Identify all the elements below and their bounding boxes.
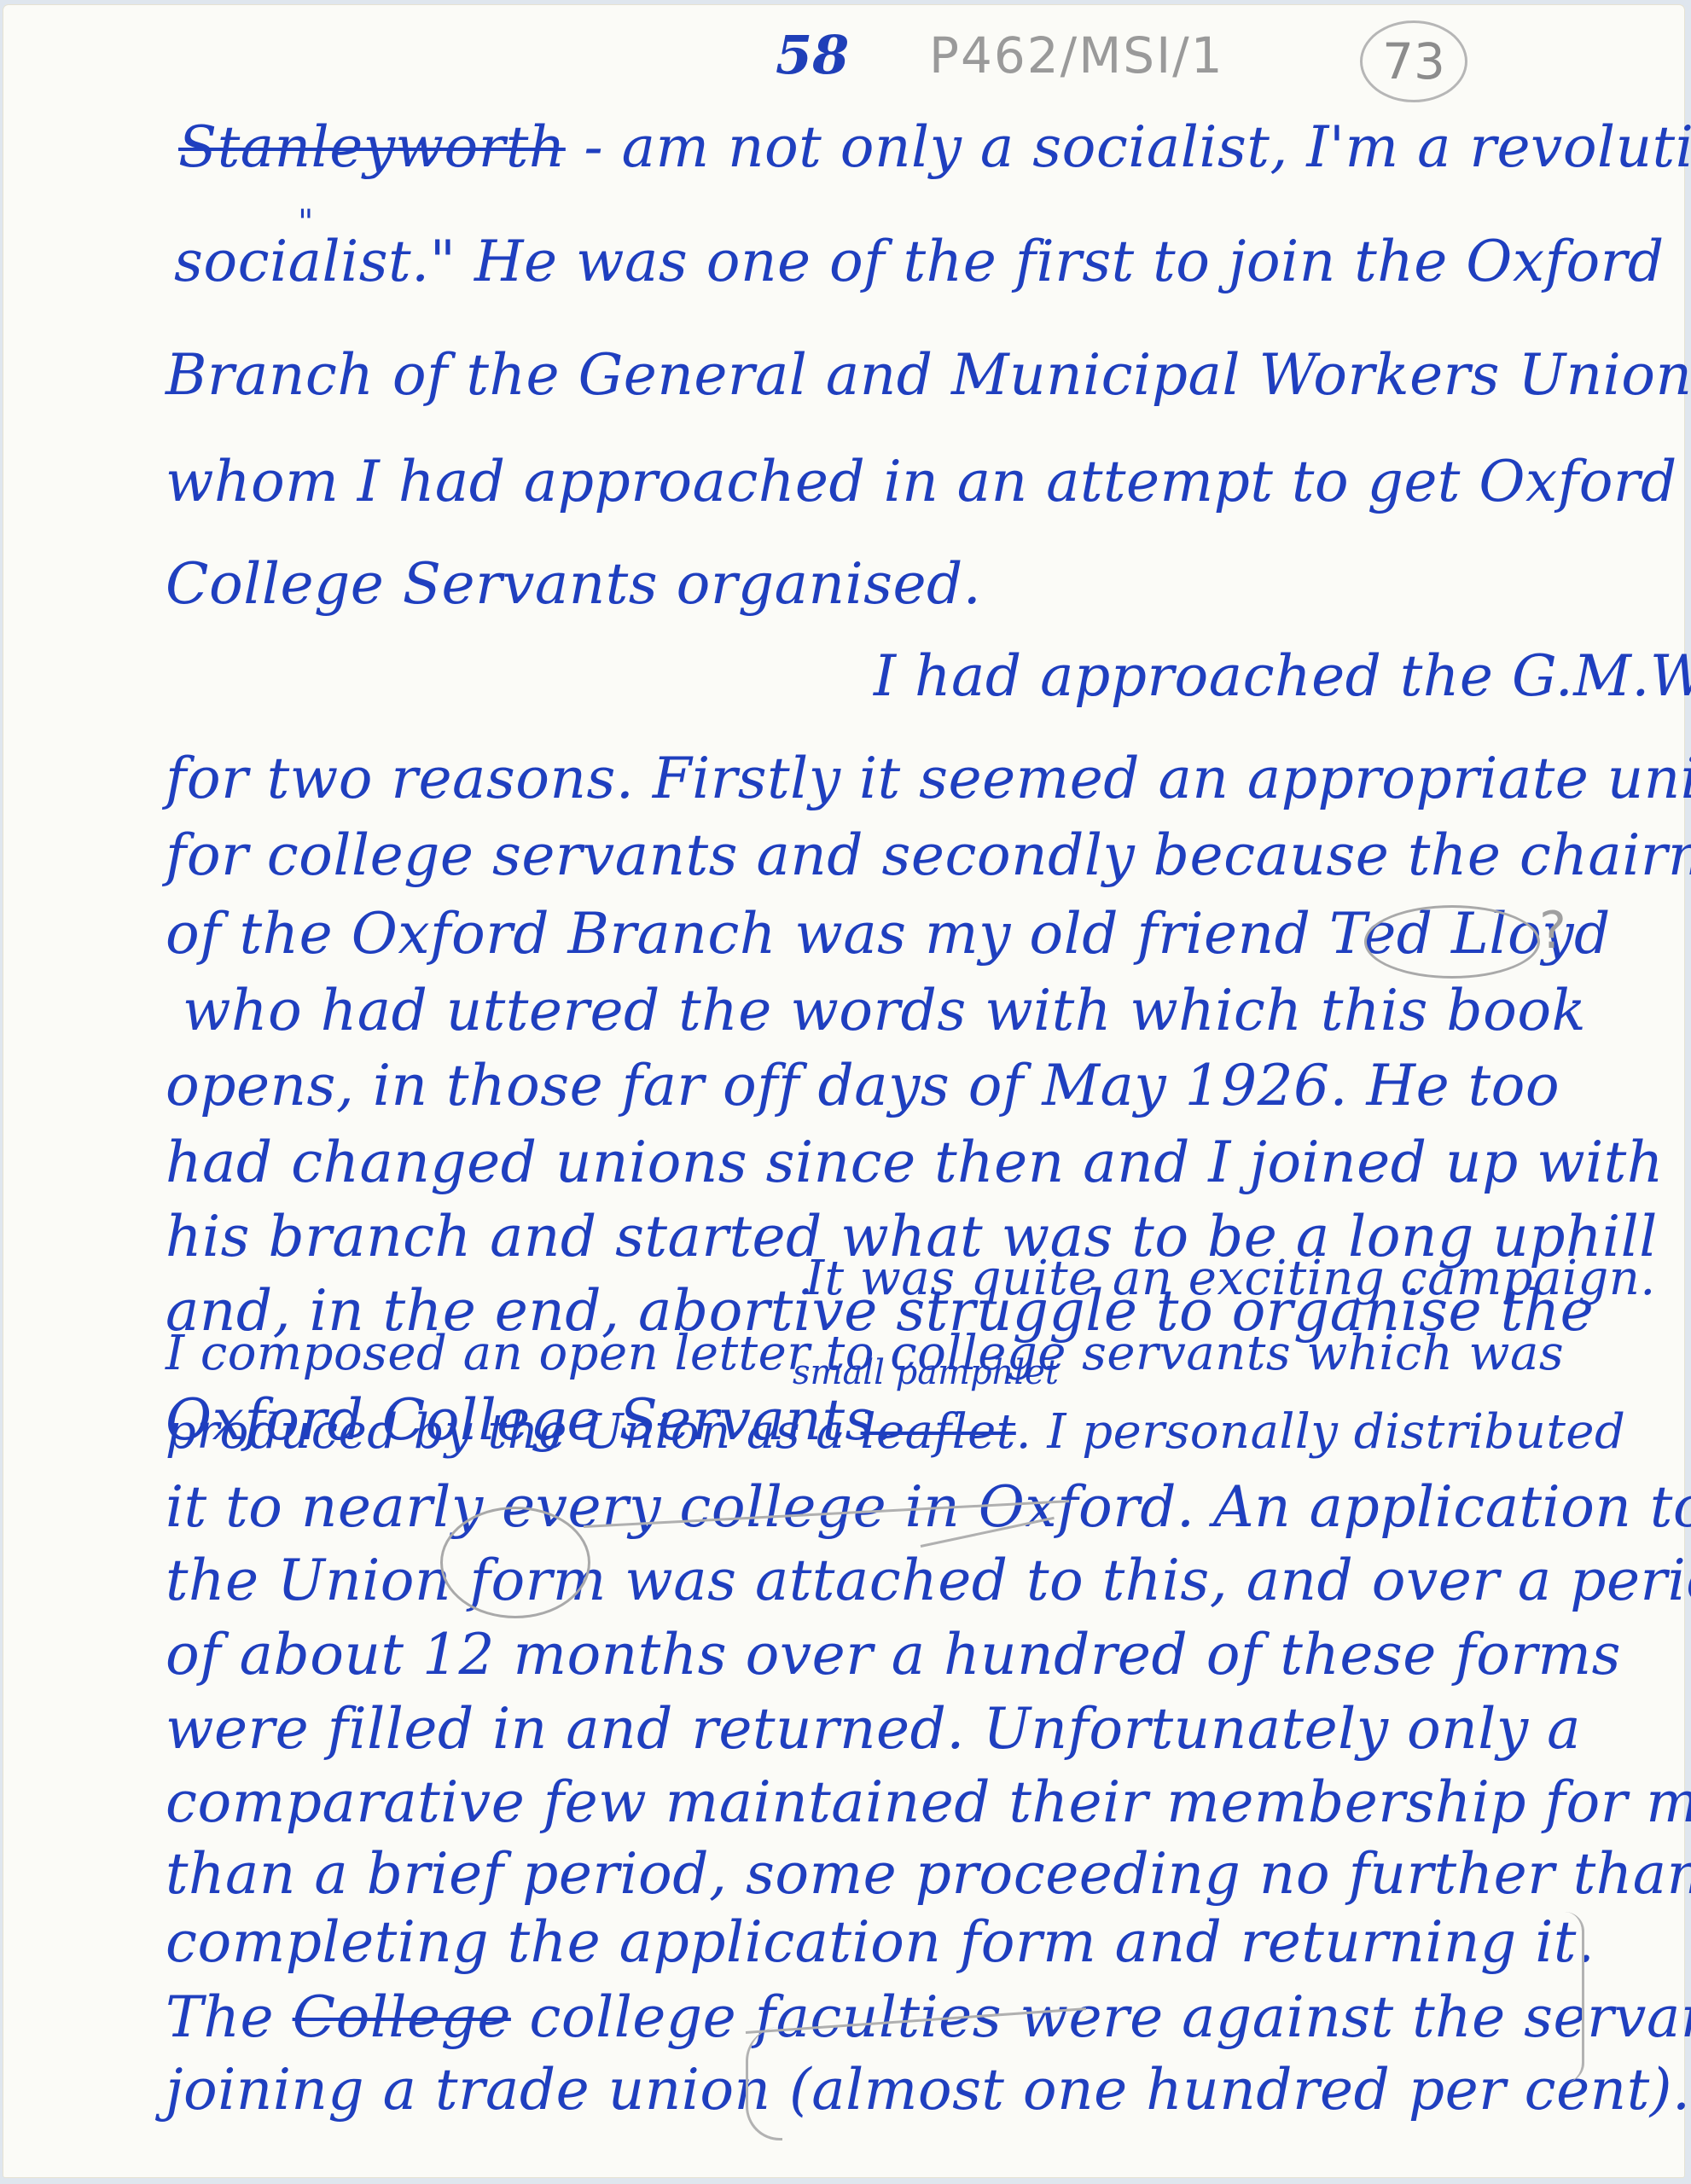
pencil-circle-form	[440, 1507, 590, 1618]
insertion-text: small pamphlet	[793, 1353, 1059, 1392]
text-line-25: completing the application form and retu…	[166, 1909, 1595, 1975]
line-text: The	[166, 1984, 293, 2050]
folio-number-circled: 73	[1360, 20, 1467, 102]
text-line-11: opens, in those far off days of May 1926…	[166, 1053, 1560, 1118]
pencil-circle-lloyd	[1364, 905, 1540, 979]
line-text: - am not only a socialist, I'm a revolut…	[566, 114, 1691, 180]
pencil-close-bracket	[1565, 1912, 1584, 2082]
manuscript-page: 58 P462/MSI/1 73 Stanleyworth - am not o…	[3, 5, 1684, 2177]
text-line-7: for two reasons. Firstly it seemed an ap…	[166, 746, 1691, 811]
text-line-27: joining a trade union (almost one hundre…	[166, 2057, 1690, 2123]
text-line-23: comparative few maintained their members…	[166, 1769, 1691, 1835]
text-line-8: for college servants and secondly becaus…	[166, 822, 1691, 888]
text-line-22: were filled in and returned. Unfortunate…	[166, 1696, 1581, 1762]
line-text: college faculties were against the serva…	[511, 1984, 1691, 2050]
margin-query-mark: ?	[1539, 901, 1566, 961]
struck-word: leaflet	[861, 1404, 1016, 1460]
text-line-24: than a brief period, some proceeding no …	[166, 1841, 1691, 1907]
text-line-18: produced by the Union as a leaflet. I pe…	[166, 1404, 1625, 1460]
page-number: 58	[776, 24, 849, 86]
text-line-20: the Union form was attached to this, and…	[166, 1548, 1691, 1613]
struck-word: College	[293, 1984, 511, 2050]
pencil-open-bracket	[746, 2027, 782, 2140]
text-line-21: of about 12 months over a hundred of the…	[166, 1622, 1621, 1687]
text-line-1: Stanleyworth - am not only a socialist, …	[178, 114, 1691, 180]
text-line-12: had changed unions since then and I join…	[166, 1130, 1664, 1195]
archive-reference: P462/MSI/1	[929, 26, 1224, 84]
text-line-4: whom I had approached in an attempt to g…	[166, 449, 1677, 514]
struck-word: Stanleyworth	[178, 114, 566, 180]
line-text: . I personally distributed	[1016, 1404, 1626, 1460]
line-text: produced by the Union as a	[166, 1404, 861, 1460]
text-line-3: Branch of the General and Municipal Work…	[166, 342, 1691, 408]
text-line-6: I had approached the G.M.W.U.	[874, 643, 1691, 709]
text-line-26: The College college faculties were again…	[166, 1984, 1691, 2050]
text-line-5: College Servants organised.	[166, 551, 981, 617]
text-line-16: It was quite an exciting campaign.	[805, 1251, 1656, 1306]
text-line-2: socialist." He was one of the first to j…	[174, 229, 1665, 294]
text-line-10: who had uttered the words with which thi…	[183, 978, 1586, 1043]
